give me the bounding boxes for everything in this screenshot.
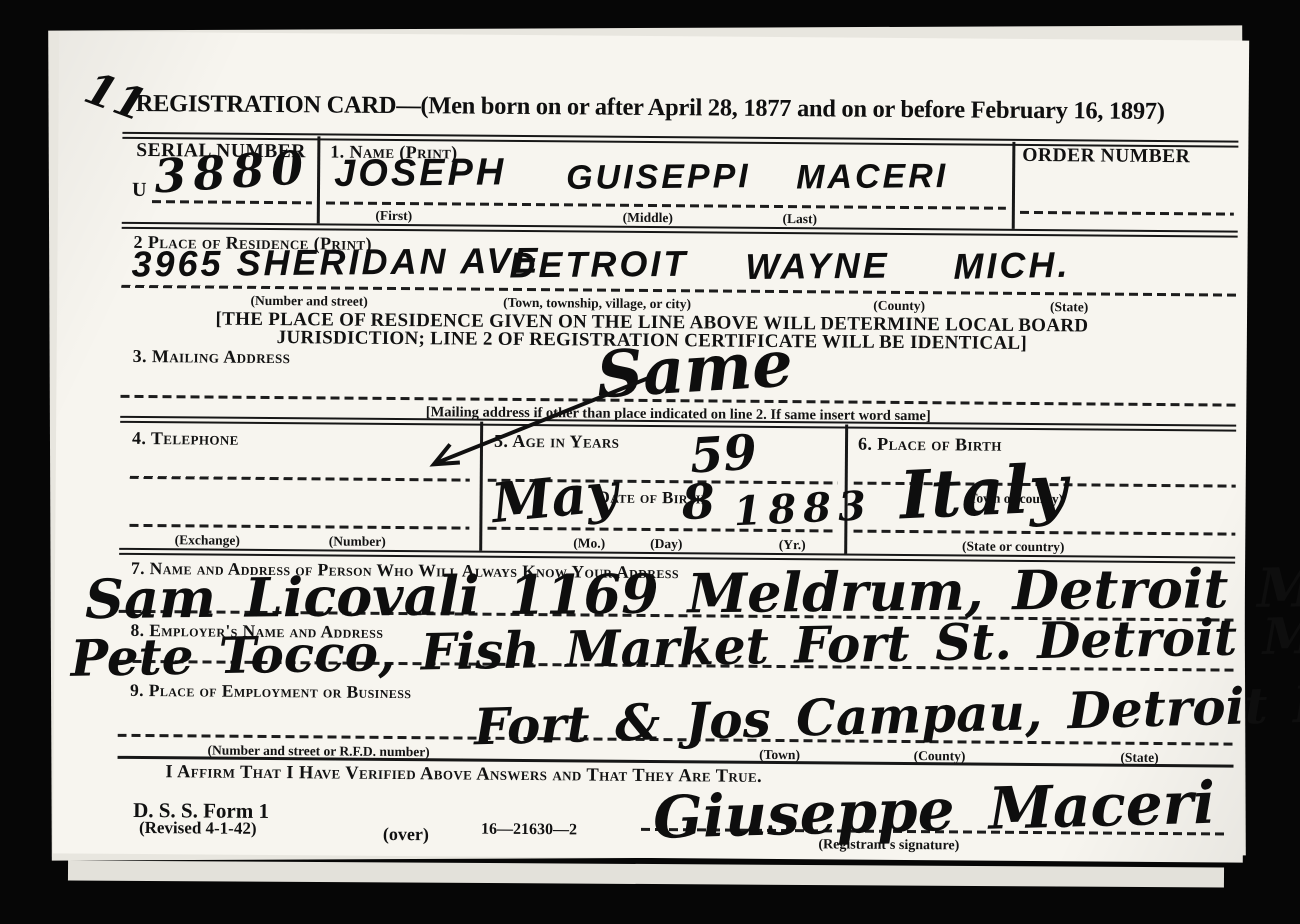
residence-street-value: 3965 SHERIDAN AVE (131, 240, 541, 286)
residence-county-sublabel: (County) (873, 298, 925, 314)
serial-number-value: 3880 (153, 140, 312, 204)
name-last-value: Maceri (796, 157, 948, 197)
dob-mo-sublabel: (Mo.) (573, 535, 605, 551)
name-line (326, 201, 1006, 209)
divider-name-order (1012, 142, 1015, 229)
row9-bottom-rule (118, 756, 1234, 767)
form-number: D. S. S. Form 1 (133, 798, 269, 824)
name-last-sublabel: (Last) (782, 211, 817, 227)
residence-state-value: MICH. (953, 244, 1071, 288)
row1-bottom-rule (122, 222, 1238, 238)
form-revision: (Revised 4-1-42) (139, 818, 257, 839)
dob-day-value: 8 (680, 473, 717, 531)
birth-value: Italy (898, 449, 1069, 534)
corner-mark-11: 11 (78, 63, 153, 132)
registration-card: 11 REGISTRATION CARD—(Men born on or aft… (53, 31, 1249, 862)
serial-prefix: U (132, 179, 147, 202)
handwritten-arrow-mark (416, 370, 657, 482)
name-first-value: Joseph (334, 151, 507, 196)
residence-city-value: DETROIT (509, 243, 688, 287)
order-number-line (1020, 211, 1234, 216)
residence-county-value: WAYNE (745, 245, 890, 288)
card-title: REGISTRATION CARD—(Men born on or after … (136, 90, 1165, 126)
under-card-edge-bottom (68, 860, 1224, 887)
over-note: (over) (383, 824, 429, 845)
residence-city-sublabel: (Town, township, village, or city) (503, 295, 691, 312)
telephone-label: 4. Telephone (132, 428, 239, 450)
telephone-number-sublabel: (Number) (329, 533, 386, 549)
scanned-registration-card-page: 11 REGISTRATION CARD—(Men born on or aft… (0, 0, 1300, 924)
residence-line (121, 285, 1237, 297)
name-first-sublabel: (First) (375, 208, 412, 224)
residence-street-sublabel: (Number and street) (250, 293, 367, 310)
dob-year-value: 1883 (733, 482, 874, 535)
dob-day-sublabel: (Day) (650, 536, 682, 552)
residence-state-sublabel: (State) (1050, 299, 1088, 315)
print-code: 16—21630—2 (481, 821, 577, 840)
name-middle-value: Guiseppi (566, 157, 751, 198)
order-number-label: ORDER NUMBER (1022, 145, 1190, 168)
telephone-line-2 (129, 524, 469, 530)
telephone-exchange-sublabel: (Exchange) (175, 532, 240, 549)
name-middle-sublabel: (Middle) (623, 210, 673, 226)
dob-yr-sublabel: (Yr.) (779, 537, 806, 553)
divider-serial-name (317, 136, 320, 223)
registrant-signature: Giuseppe Maceri (652, 769, 1216, 852)
dob-month-value: May (489, 459, 621, 535)
birth-state-sublabel: (State or country) (962, 538, 1065, 555)
mailing-label: 3. Mailing Address (133, 346, 291, 368)
